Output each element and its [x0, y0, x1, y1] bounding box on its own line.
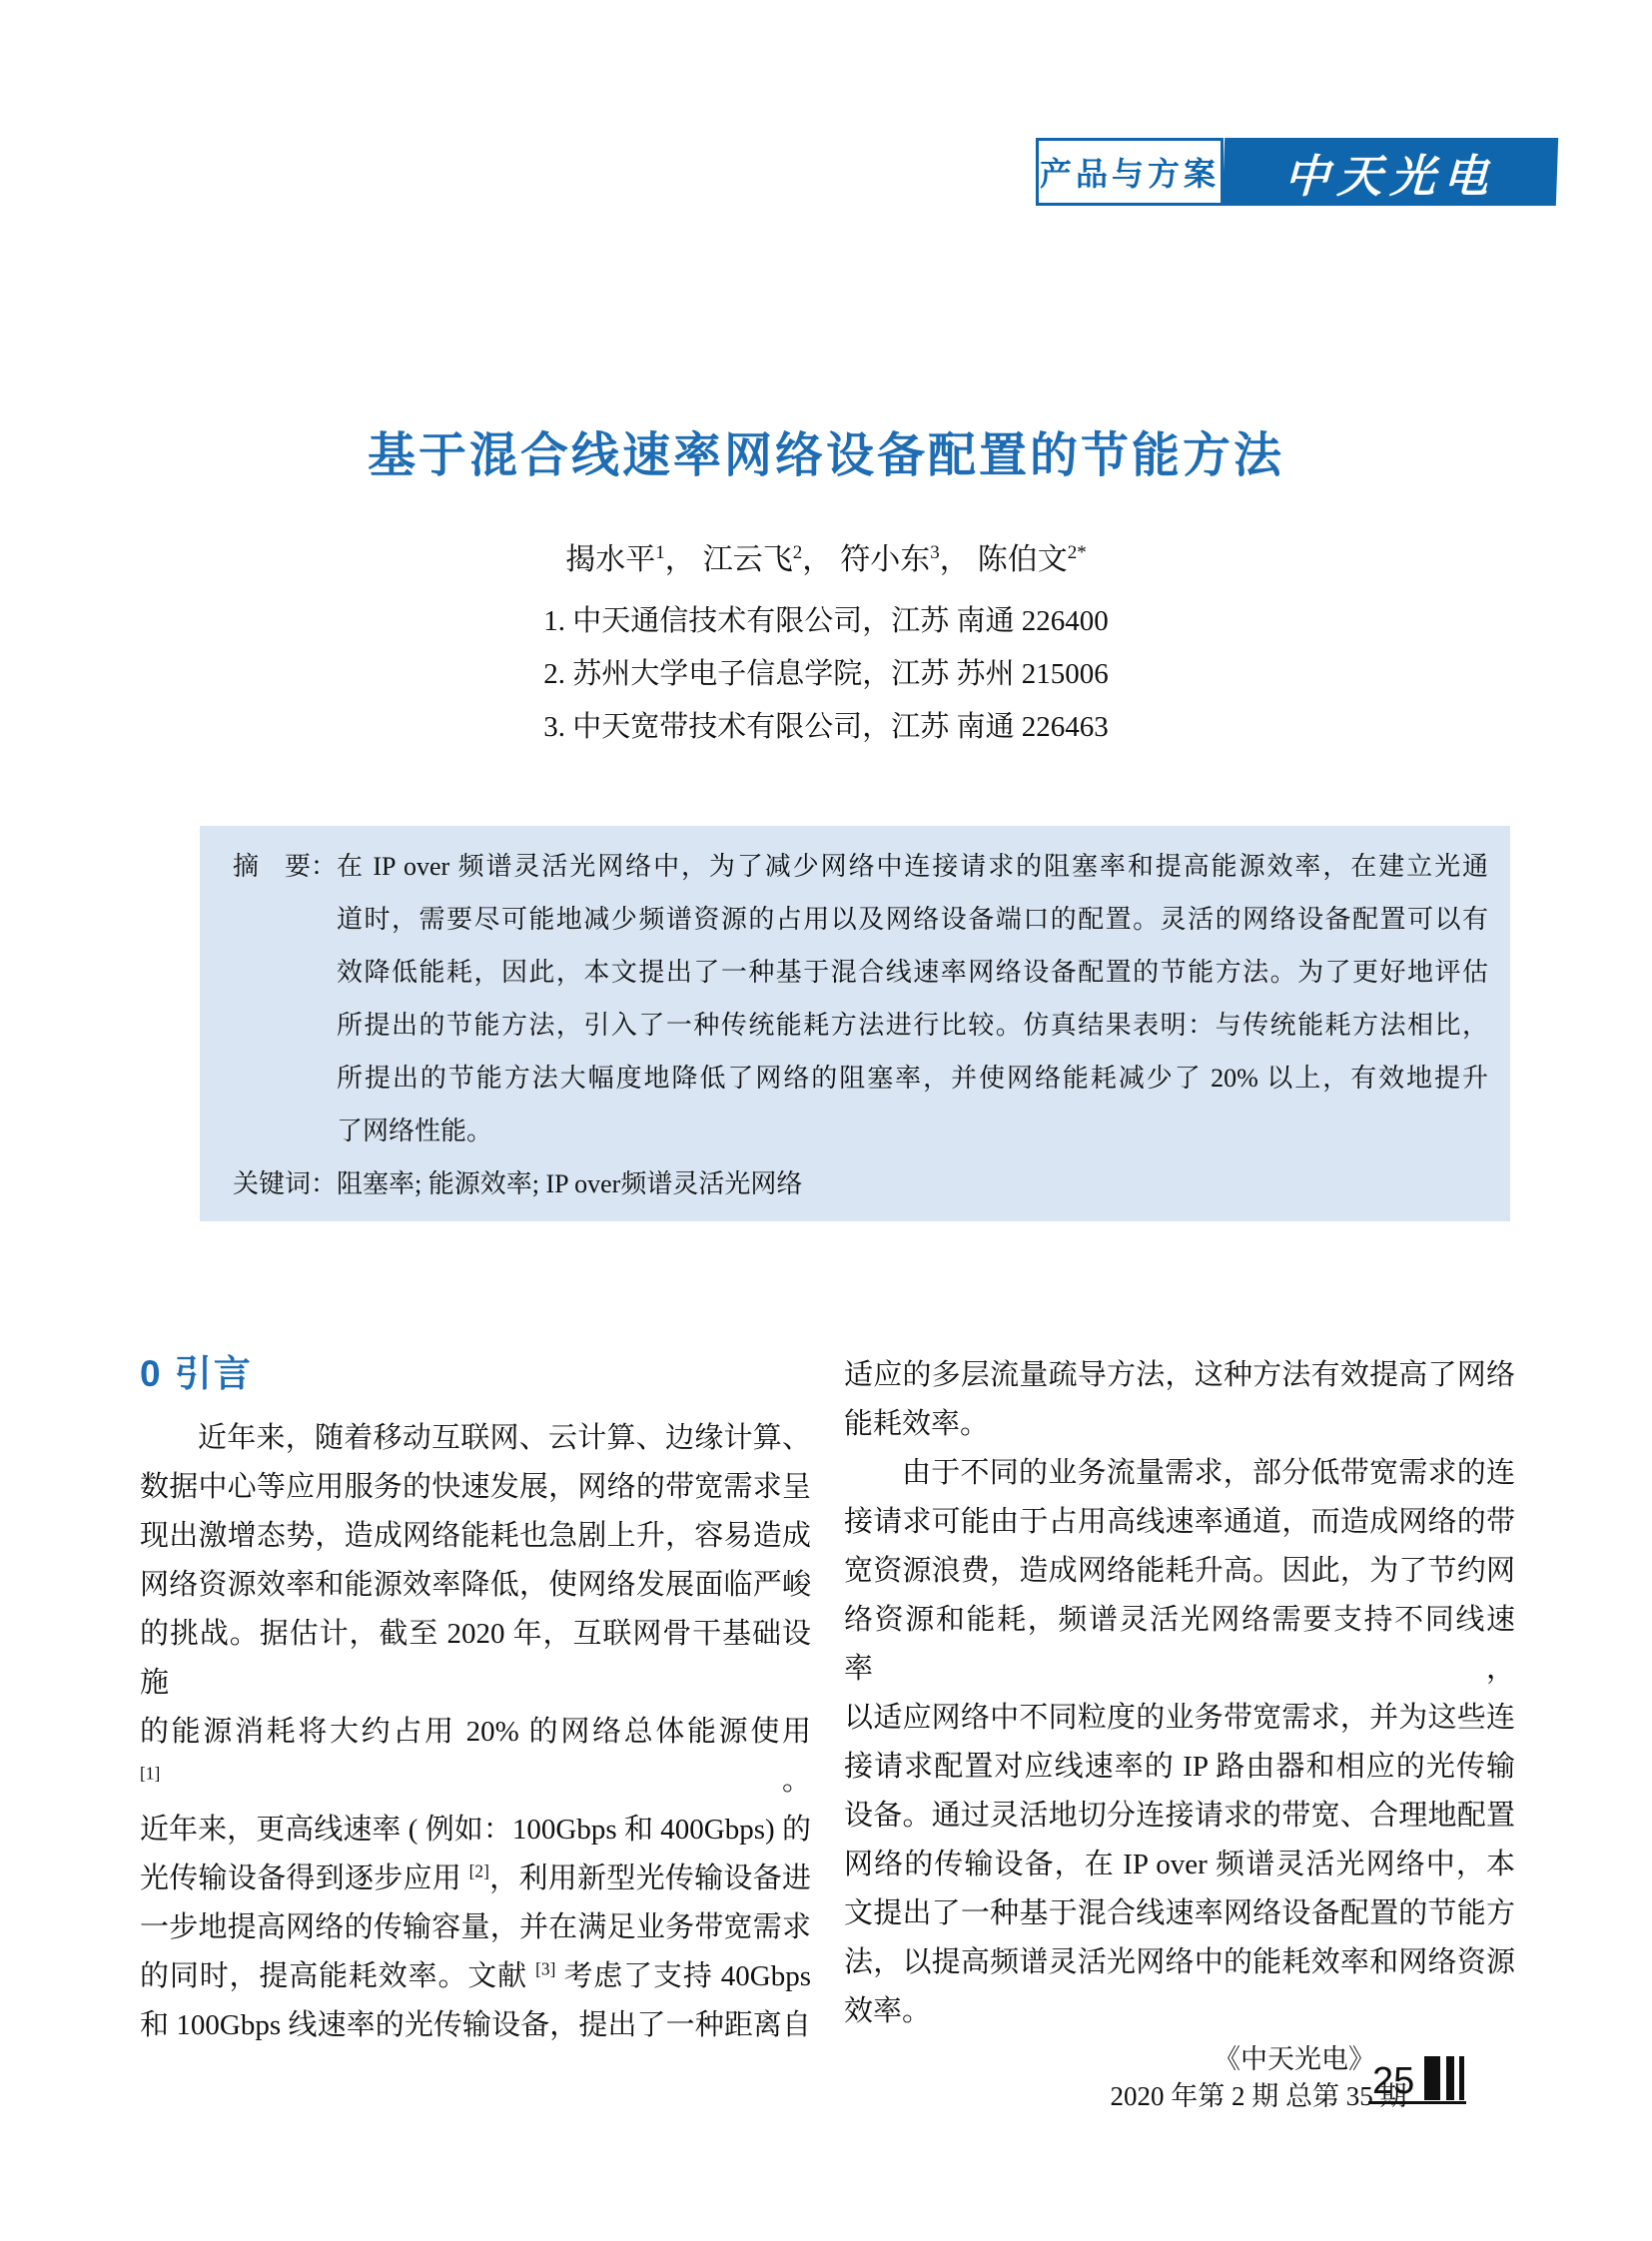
text-line: 近年来，更高线速率 ( 例如：100Gbps 和 400Gbps) 的	[140, 1806, 811, 1855]
abstract-label: 摘 要：	[233, 840, 337, 1157]
footer-bar	[1446, 2056, 1454, 2100]
text-segment: 网络资源效率和能源效率降低，使网络发展面临严峻	[140, 1569, 811, 1601]
keywords-label: 关键词：	[233, 1157, 337, 1210]
text-segment: 近年来，更高线速率 ( 例如：100Gbps 和 400Gbps) 的	[140, 1814, 811, 1846]
abstract-lines: 在 IP over 频谱灵活光网络中，为了减少网络中连接请求的阻塞率和提高能源效…	[337, 840, 1488, 1157]
text-segment: 适应的多层流量疏导方法，这种方法有效提高了网络	[844, 1359, 1515, 1391]
text-segment: 接请求可能由于占用高线速率通道，而造成网络的带	[844, 1506, 1515, 1538]
text-line: 现出激增态势，造成网络能耗也急剧上升，容易造成	[140, 1512, 811, 1561]
text-segment: 现出激增态势，造成网络能耗也急剧上升，容易造成	[140, 1520, 811, 1552]
text-line: 能耗效率。	[844, 1400, 1515, 1449]
author-separator: ，	[802, 543, 832, 576]
text-segment: 效降低能耗，因此，本文提出了一种基于混合线速率网络设备配置的节能方法。为了更好地…	[337, 958, 1488, 987]
author-superscript: 3	[930, 542, 940, 563]
article-title: 基于混合线速率网络设备配置的节能方法	[0, 430, 1652, 482]
text-segment: 所提出的节能方法大幅度地降低了网络的阻塞率，并使网络能耗减少了 20% 以上，有…	[337, 1064, 1488, 1093]
affiliations: 1. 中天通信技术有限公司，江苏 南通 2264002. 苏州大学电子信息学院，…	[0, 595, 1652, 754]
text-line: 络资源和能耗，频谱灵活光网络需要支持不同线速率，	[844, 1596, 1515, 1694]
paper-page: 产品与方案 中天光电 基于混合线速率网络设备配置的节能方法 揭水平1，江云飞2，…	[0, 0, 1652, 2241]
text-segment: 宽资源浪费，造成网络能耗升高。因此，为了节约网	[844, 1555, 1515, 1587]
intro-section-heading: 0 引言	[140, 1354, 253, 1394]
footer-bar	[1459, 2056, 1464, 2100]
text-segment: 道时，需要尽可能地减少频谱资源的占用以及网络设备端口的配置。灵活的网络设备配置可…	[337, 905, 1488, 934]
text-line: 了网络性能。	[337, 1105, 1488, 1157]
text-line: 网络的传输设备，在 IP over 频谱灵活光网络中，本	[844, 1841, 1515, 1889]
text-line: 的能源消耗将大约占用 20% 的网络总体能源使用 [1]。	[140, 1708, 811, 1806]
abstract-box: 摘 要： 在 IP over 频谱灵活光网络中，为了减少网络中连接请求的阻塞率和…	[200, 826, 1510, 1221]
journal-logo-text: 中天光电	[1283, 140, 1497, 205]
text-segment: 了网络性能。	[337, 1117, 492, 1145]
text-segment: 。	[160, 1765, 811, 1797]
citation-superscript: [1]	[140, 1763, 160, 1783]
text-line: 的挑战。据估计，截至 2020 年，互联网骨干基础设施	[140, 1610, 811, 1708]
text-segment: 近年来，随着移动互联网、云计算、边缘计算、	[198, 1422, 811, 1454]
affiliation-line: 2. 苏州大学电子信息学院，江苏 苏州 215006	[0, 648, 1652, 701]
footer-bar	[1424, 2056, 1440, 2100]
text-line: 以适应网络中不同粒度的业务带宽需求，并为这些连	[844, 1694, 1515, 1743]
text-line: 和 100Gbps 线速率的光传输设备，提出了一种距离自	[140, 2001, 811, 2050]
page-marker: 25	[1368, 2057, 1466, 2104]
text-segment: 能耗效率。	[844, 1408, 989, 1440]
section-badge: 产品与方案	[1036, 138, 1224, 206]
journal-logo: 中天光电	[1223, 138, 1558, 206]
text-segment: 光传输设备得到逐步应用	[140, 1863, 469, 1894]
text-segment: 的能源消耗将大约占用 20% 的网络总体能源使用	[140, 1716, 811, 1748]
text-segment: 网络的传输设备，在 IP over 频谱灵活光网络中，本	[844, 1849, 1515, 1880]
text-segment: 和 100Gbps 线速率的光传输设备，提出了一种距离自	[140, 2009, 811, 2041]
section-badge-label: 产品与方案	[1040, 149, 1220, 195]
text-segment: 所提出的节能方法，引入了一种传统能耗方法进行比较。仿真结果表明：与传统能耗方法相…	[337, 1011, 1488, 1040]
author-superscript: 1	[655, 542, 665, 563]
text-line: 接请求配置对应线速率的 IP 路由器和相应的光传输	[844, 1743, 1515, 1792]
text-line: 一步地提高网络的传输容量，并在满足业务带宽需求	[140, 1903, 811, 1952]
author-name: 陈伯文	[978, 543, 1068, 576]
text-line: 法，以提高频谱灵活光网络中的能耗效率和网络资源	[844, 1938, 1515, 1987]
text-line: 由于不同的业务流量需求，部分低带宽需求的连	[844, 1449, 1515, 1498]
page-number: 25	[1372, 2062, 1414, 2100]
affiliation-line: 1. 中天通信技术有限公司，江苏 南通 226400	[0, 595, 1652, 648]
author-superscript: 2*	[1068, 542, 1087, 563]
intro-left-column: 近年来，随着移动互联网、云计算、边缘计算、数据中心等应用服务的快速发展，网络的带…	[140, 1414, 811, 2050]
keywords-text: 阻塞率; 能源效率; IP over频谱灵活光网络	[337, 1157, 1488, 1210]
text-line: 光传输设备得到逐步应用 [2]，利用新型光传输设备进	[140, 1855, 811, 1903]
text-segment: ，利用新型光传输设备进	[489, 1863, 811, 1894]
text-line: 设备。通过灵活地切分连接请求的带宽、合理地配置	[844, 1792, 1515, 1841]
author-separator: ，	[940, 543, 970, 576]
keywords-row: 关键词： 阻塞率; 能源效率; IP over频谱灵活光网络	[233, 1157, 1488, 1210]
text-segment: 效率。	[844, 1995, 931, 2027]
text-segment: 设备。通过灵活地切分连接请求的带宽、合理地配置	[844, 1800, 1515, 1832]
text-line: 所提出的节能方法大幅度地降低了网络的阻塞率，并使网络能耗减少了 20% 以上，有…	[337, 1052, 1488, 1105]
author-name: 江云飞	[703, 543, 793, 576]
text-line: 效率。	[844, 1987, 1515, 2036]
affiliation-line: 3. 中天宽带技术有限公司，江苏 南通 226463	[0, 701, 1652, 754]
intro-right-column: 适应的多层流量疏导方法，这种方法有效提高了网络能耗效率。由于不同的业务流量需求，…	[844, 1351, 1515, 2036]
journal-header: 产品与方案 中天光电	[1036, 138, 1557, 206]
text-line: 文提出了一种基于混合线速率网络设备配置的节能方	[844, 1889, 1515, 1938]
text-segment: 考虑了支持 40Gbps	[555, 1960, 811, 1992]
citation-superscript: [2]	[469, 1861, 489, 1880]
text-segment: 一步地提高网络的传输容量，并在满足业务带宽需求	[140, 1911, 811, 1943]
text-line: 所提出的节能方法，引入了一种传统能耗方法进行比较。仿真结果表明：与传统能耗方法相…	[337, 999, 1488, 1052]
text-line: 网络资源效率和能源效率降低，使网络发展面临严峻	[140, 1561, 811, 1610]
text-segment: 法，以提高频谱灵活光网络中的能耗效率和网络资源	[844, 1946, 1515, 1978]
text-line: 接请求可能由于占用高线速率通道，而造成网络的带	[844, 1498, 1515, 1547]
text-line: 宽资源浪费，造成网络能耗升高。因此，为了节约网	[844, 1547, 1515, 1596]
text-line: 适应的多层流量疏导方法，这种方法有效提高了网络	[844, 1351, 1515, 1400]
text-segment: 由于不同的业务流量需求，部分低带宽需求的连	[902, 1457, 1515, 1489]
text-line: 近年来，随着移动互联网、云计算、边缘计算、	[140, 1414, 811, 1463]
abstract-row: 摘 要： 在 IP over 频谱灵活光网络中，为了减少网络中连接请求的阻塞率和…	[233, 840, 1488, 1157]
text-line: 数据中心等应用服务的快速发展，网络的带宽需求呈	[140, 1463, 811, 1512]
text-line: 效降低能耗，因此，本文提出了一种基于混合线速率网络设备配置的节能方法。为了更好地…	[337, 946, 1488, 999]
text-segment: 的挑战。据估计，截至 2020 年，互联网骨干基础设施	[140, 1618, 811, 1699]
text-line: 在 IP over 频谱灵活光网络中，为了减少网络中连接请求的阻塞率和提高能源效…	[337, 840, 1488, 893]
text-segment: 在 IP over 频谱灵活光网络中，为了减少网络中连接请求的阻塞率和提高能源效…	[337, 852, 1488, 881]
text-segment: 的同时，提高能耗效率。文献	[140, 1960, 535, 1992]
text-line: 的同时，提高能耗效率。文献 [3] 考虑了支持 40Gbps	[140, 1952, 811, 2001]
author-separator: ，	[665, 543, 695, 576]
text-segment: 以适应网络中不同粒度的业务带宽需求，并为这些连	[844, 1702, 1515, 1734]
text-line: 道时，需要尽可能地减少频谱资源的占用以及网络设备端口的配置。灵活的网络设备配置可…	[337, 893, 1488, 946]
citation-superscript: [3]	[535, 1958, 555, 1978]
author-name: 符小东	[840, 543, 930, 576]
author-name: 揭水平	[565, 543, 655, 576]
text-segment: 文提出了一种基于混合线速率网络设备配置的节能方	[844, 1897, 1515, 1929]
text-segment: 接请求配置对应线速率的 IP 路由器和相应的光传输	[844, 1751, 1515, 1783]
text-segment: 络资源和能耗，频谱灵活光网络需要支持不同线速率，	[844, 1604, 1515, 1685]
authors-line: 揭水平1，江云飞2，符小东3，陈伯文2*	[0, 542, 1652, 578]
author-superscript: 2	[793, 542, 803, 563]
text-segment: 数据中心等应用服务的快速发展，网络的带宽需求呈	[140, 1471, 811, 1503]
